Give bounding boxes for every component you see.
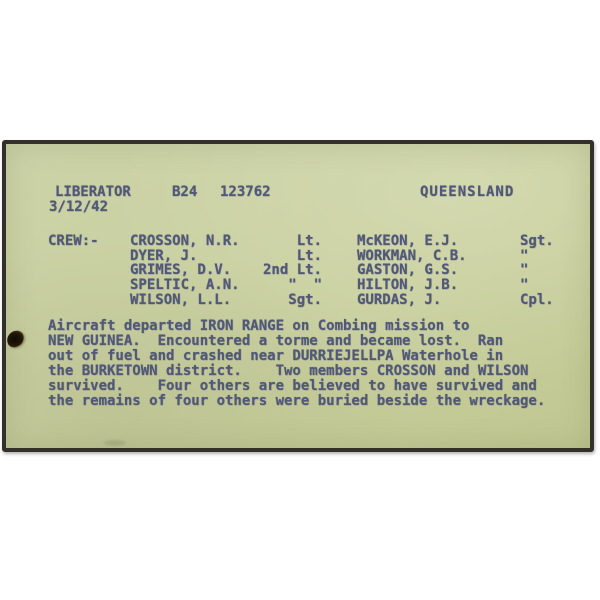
- crew-right-name: McKEON, E.J.: [357, 234, 458, 248]
- crew-left-name: DYER, J.: [130, 249, 197, 263]
- crew-left-rank: 2nd Lt.: [206, 263, 322, 277]
- narrative-line: out of fuel and crashed near DURRIEJELLP…: [48, 349, 503, 363]
- crew-right-name: GASTON, G.S.: [357, 263, 458, 277]
- crew-right-rank: ": [520, 249, 528, 263]
- narrative-line: survived. Four others are believed to ha…: [48, 379, 537, 393]
- crew-left-rank: Sgt.: [206, 293, 322, 307]
- crew-right-rank: ": [520, 278, 528, 292]
- crew-left-rank: " ": [206, 278, 322, 292]
- incident-date: 3/12/42: [49, 200, 108, 214]
- crew-right-rank: Sgt.: [520, 234, 554, 248]
- crew-right-rank: ": [520, 263, 528, 277]
- crew-right-rank: Cpl.: [520, 293, 554, 307]
- ink-smudge: [104, 440, 126, 446]
- narrative-line: the BURKETOWN district. Two members CROS…: [48, 364, 528, 378]
- narrative-line: the remains of four others were buried b…: [48, 394, 545, 408]
- aircraft-model: B24: [172, 185, 197, 199]
- crew-right-name: GURDAS, J.: [357, 293, 441, 307]
- narrative-line: NEW GUINEA. Encountered a torme and beca…: [48, 334, 503, 348]
- crew-left-rank: Lt.: [206, 249, 322, 263]
- punch-hole-damage: [6, 329, 26, 348]
- record-card: LIBERATOR B24 123762 QUEENSLAND 3/12/42 …: [2, 140, 594, 452]
- crew-label: CREW:-: [48, 234, 99, 248]
- narrative-line: Aircraft departed IRON RANGE on Combing …: [48, 319, 469, 333]
- serial-number: 123762: [220, 185, 271, 199]
- crew-right-name: WORKMAN, C.B.: [357, 249, 467, 263]
- crew-left-rank: Lt.: [206, 234, 322, 248]
- aircraft-type: LIBERATOR: [55, 185, 131, 199]
- state-label: QUEENSLAND: [420, 185, 514, 199]
- crew-right-name: HILTON, J.B.: [357, 278, 458, 292]
